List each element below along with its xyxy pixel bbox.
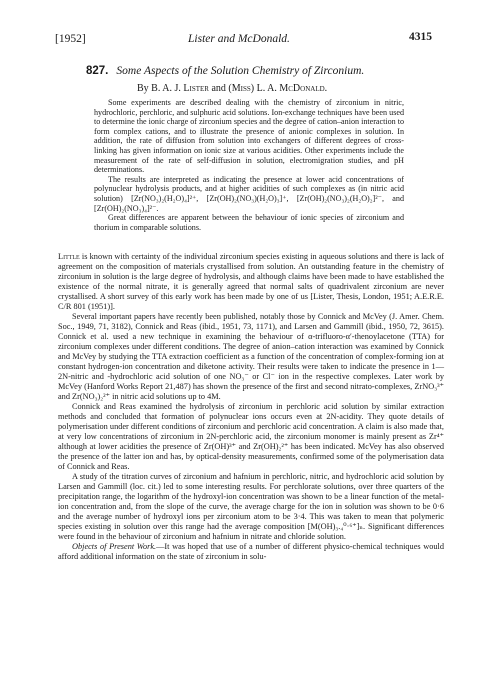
journal-year: [1952]: [55, 33, 86, 45]
byline-mid2: ) L. A.: [251, 83, 280, 94]
author-mcdonald: McDonald: [279, 83, 324, 94]
body-paragraph-3: Connick and Reas examined the hydrolysis…: [58, 402, 444, 472]
abstract: Some experiments are described dealing w…: [94, 98, 404, 232]
page-header: [1952] Lister and McDonald. 4315: [55, 33, 432, 47]
body-paragraph-1-text: is known with certainty of the individua…: [58, 252, 444, 311]
byline-mid: and (: [209, 83, 232, 94]
byline-miss: Miss: [232, 83, 251, 94]
running-title: Lister and McDonald.: [188, 33, 290, 45]
abstract-paragraph-3: Great differences are apparent between t…: [94, 213, 404, 232]
byline: By B. A. J. Lister and (Miss) L. A. McDo…: [137, 83, 327, 94]
lead-word: Little: [58, 252, 80, 261]
article-number: 827.: [86, 65, 108, 77]
article-title-line: 827.Some Aspects of the Solution Chemist…: [86, 65, 364, 77]
byline-end: .: [325, 83, 328, 94]
body-text: Little is known with certainty of the in…: [58, 252, 444, 562]
body-paragraph-4: A study of the titration curves of zirco…: [58, 472, 444, 542]
body-paragraph-1: Little is known with certainty of the in…: [58, 252, 444, 312]
page-number: 4315: [409, 31, 432, 43]
abstract-paragraph-1: Some experiments are described dealing w…: [94, 98, 404, 175]
byline-prefix: By B. A. J.: [137, 83, 183, 94]
abstract-paragraph-2: The results are interpreted as indicatin…: [94, 175, 404, 213]
author-lister: Lister: [183, 83, 209, 94]
body-paragraph-2: Several important papers have recently b…: [58, 312, 444, 402]
section-heading-objects: Objects of Present Work.: [72, 542, 156, 551]
article-title: Some Aspects of the Solution Chemistry o…: [116, 65, 364, 77]
body-paragraph-5: Objects of Present Work.—It was hoped th…: [58, 542, 444, 562]
